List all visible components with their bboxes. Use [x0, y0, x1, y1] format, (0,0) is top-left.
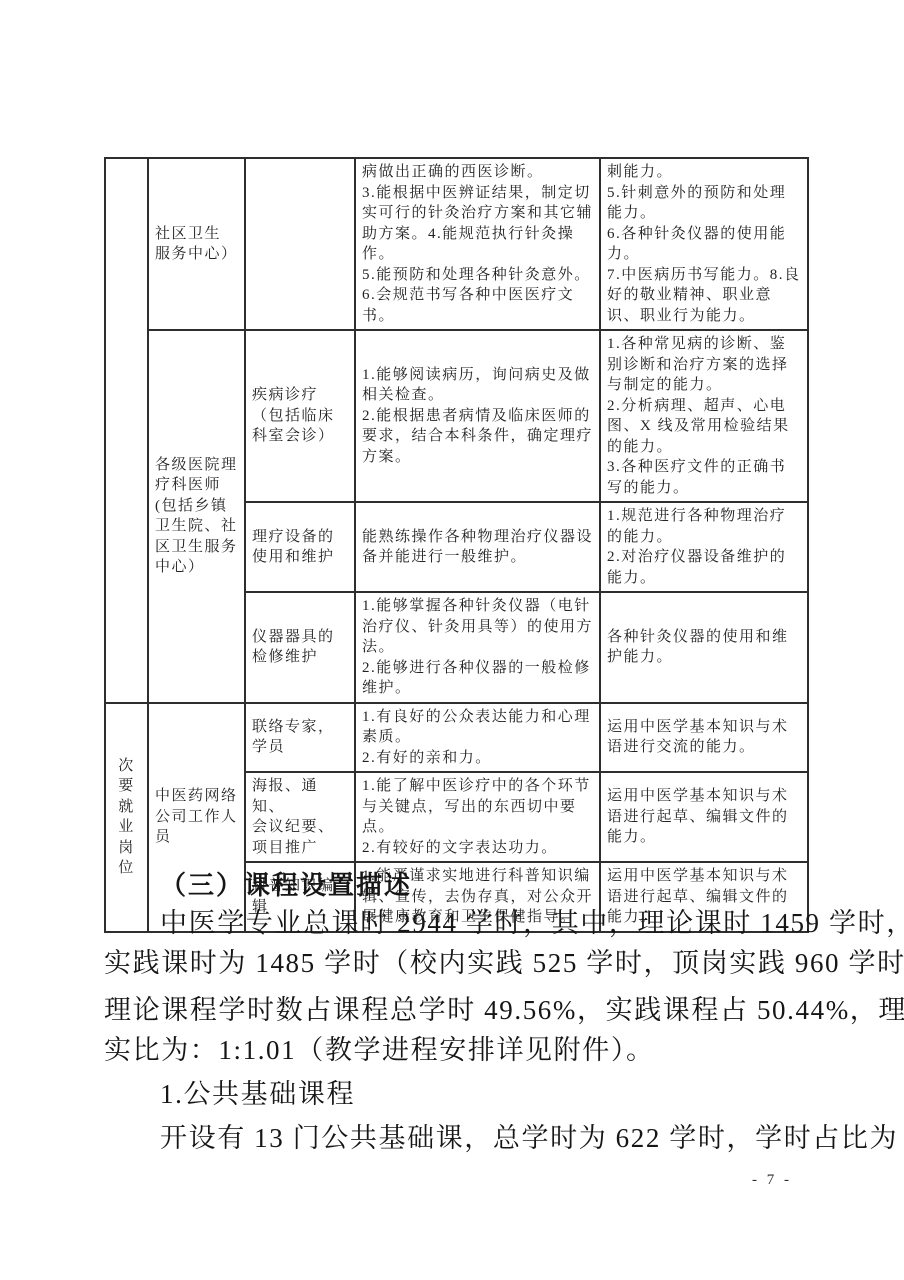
table-row: 各级医院理疗科医师(包括乡镇卫生院、社区卫生服务中心） 疾病诊疗 （包括临床 科… [105, 330, 808, 502]
document-page: 社区卫生 服务中心） 病做出正确的西医诊断。 3.能根据中医辨证结果，制定切实可… [0, 0, 904, 1280]
abilities-cell: 1.各种常见病的诊断、鉴别诊断和治疗方案的选择与制定的能力。 2.分析病理、超声… [600, 330, 808, 502]
table-row: 次 要 就 业 岗 位 中医药网络公司工作人员 联络专家， 学员 1.有良好的公… [105, 703, 808, 773]
work-task-cell: 仪器器具的 检修维护 [245, 592, 355, 703]
work-task-cell: 海报、通知、 会议纪要、 项目推广 [245, 772, 355, 862]
abilities-cell: 刺能力。 5.针刺意外的预防和处理能力。 6.各种针灸仪器的使用能力。 7.中医… [600, 158, 808, 330]
requirements-cell: 能熟练操作各种物理治疗仪器设备并能进行一般维护。 [355, 502, 600, 592]
position-category-cell [105, 158, 148, 703]
paragraph-line: 实比为：1:1.01（教学进程安排详见附件）。 [104, 1028, 655, 1067]
requirements-cell: 病做出正确的西医诊断。 3.能根据中医辨证结果，制定切实可行的针灸治疗方案和其它… [355, 158, 600, 330]
paragraph-line: 实践课时为 1485 学时（校内实践 525 学时，顶岗实践 960 学时）， [104, 941, 904, 980]
employment-positions-table: 社区卫生 服务中心） 病做出正确的西医诊断。 3.能根据中医辨证结果，制定切实可… [104, 157, 809, 933]
employer-cell: 社区卫生 服务中心） [148, 158, 245, 330]
work-task-cell [245, 158, 355, 330]
abilities-cell: 运用中医学基本知识与术语进行交流的能力。 [600, 703, 808, 773]
paragraph-line: 理论课程学时数占课程总学时 49.56%，实践课程占 50.44%，理 [104, 988, 904, 1027]
requirements-cell: 1.能够阅读病历，询问病史及做相关检查。 2.能根据患者病情及临床医师的要求，结… [355, 330, 600, 502]
requirements-cell: 1.能了解中医诊疗中的各个环节与关键点，写出的东西切中要点。 2.有较好的文字表… [355, 772, 600, 862]
abilities-cell: 1.规范进行各种物理治疗的能力。 2.对治疗仪器设备维护的能力。 [600, 502, 808, 592]
work-task-cell: 理疗设备的 使用和维护 [245, 502, 355, 592]
employer-group-cell: 各级医院理疗科医师(包括乡镇卫生院、社区卫生服务中心） [148, 330, 245, 703]
requirements-cell: 1.能够掌握各种针灸仪器（电针治疗仪、针灸用具等）的使用方法。 2.能够进行各种… [355, 592, 600, 703]
page-number: - 7 - [752, 1172, 792, 1189]
abilities-cell: 各种针灸仪器的使用和维护能力。 [600, 592, 808, 703]
paragraph-line: 开设有 13 门公共基础课，总学时为 622 学时，学时占比为 [160, 1116, 898, 1155]
section-heading: （三）课程设置描述 [160, 865, 412, 902]
abilities-cell: 运用中医学基本知识与术语进行起草、编辑文件的能力。 [600, 772, 808, 862]
requirements-cell: 1.有良好的公众表达能力和心理素质。 2.有好的亲和力。 [355, 703, 600, 773]
work-task-cell: 疾病诊疗 （包括临床 科室会诊） [245, 330, 355, 502]
work-task-cell: 联络专家， 学员 [245, 703, 355, 773]
paragraph-line: 中医学专业总课时 2944 学时，其中，理论课时 1459 学时， [160, 901, 904, 940]
table-row: 社区卫生 服务中心） 病做出正确的西医诊断。 3.能根据中医辨证结果，制定切实可… [105, 158, 808, 330]
sub-heading: 1.公共基础课程 [160, 1072, 355, 1111]
position-category-cell: 次 要 就 业 岗 位 [105, 703, 148, 932]
